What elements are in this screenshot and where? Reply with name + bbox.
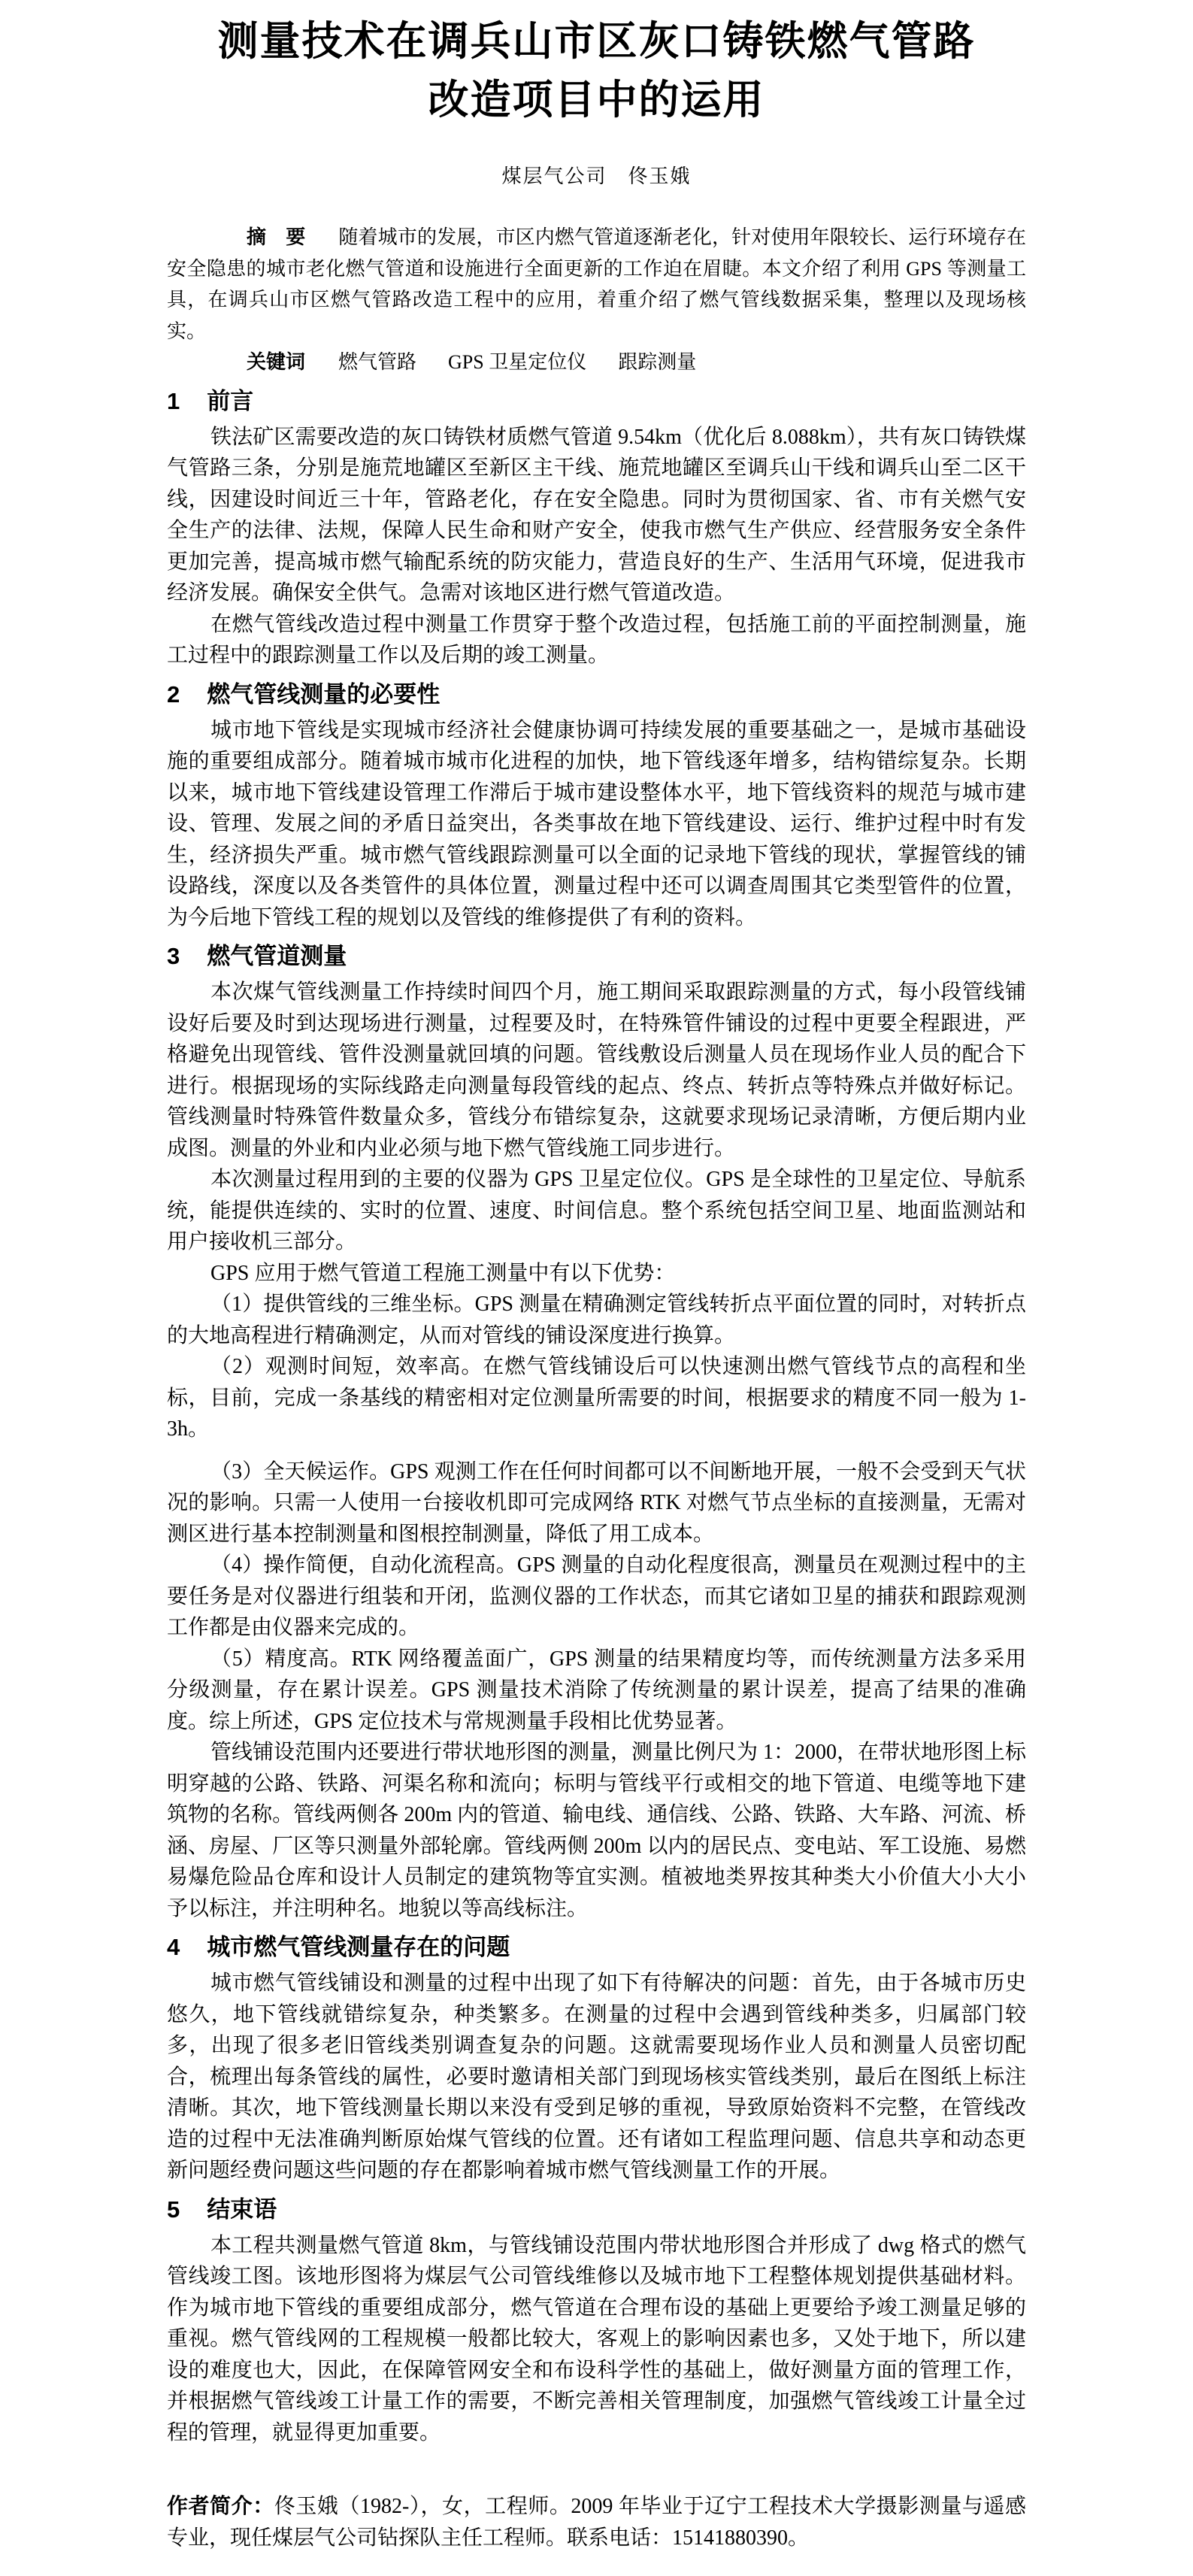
paragraph: 铁法矿区需要改造的灰口铸铁材质燃气管道 9.54km（优化后 8.088km），… xyxy=(167,422,1026,609)
paragraph: 本次测量过程用到的主要的仪器为 GPS 卫星定位仪。GPS 是全球性的卫星定位、… xyxy=(167,1164,1026,1258)
section-title: 燃气管道测量 xyxy=(207,943,347,969)
section-title: 城市燃气管线测量存在的问题 xyxy=(207,1934,510,1960)
paragraph: 城市地下管线是实现城市经济社会健康协调可持续发展的重要基础之一，是城市基础设施的… xyxy=(167,715,1026,934)
section-3: 3燃气管道测量 本次煤气管线测量工作持续时间四个月，施工期间采取跟踪测量的方式，… xyxy=(167,940,1026,1924)
paragraph-advantage-3: （3）全天候运作。GPS 观测工作在任何时间都可以不间断地开展，一般不会受到天气… xyxy=(167,1456,1026,1550)
section-1: 1前言 铁法矿区需要改造的灰口铸铁材质燃气管道 9.54km（优化后 8.088… xyxy=(167,385,1026,671)
author-affiliation-line: 煤层气公司 佟玉娥 xyxy=(167,161,1026,189)
section-heading: 2燃气管线测量的必要性 xyxy=(167,678,1026,711)
section-heading: 5结束语 xyxy=(167,2193,1026,2226)
section-4: 4城市燃气管线测量存在的问题 城市燃气管线铺设和测量的过程中出现了如下有待解决的… xyxy=(167,1931,1026,2187)
paragraph: 本次煤气管线测量工作持续时间四个月，施工期间采取跟踪测量的方式，每小段管线铺设好… xyxy=(167,977,1026,1164)
author-bio-label: 作者简介： xyxy=(167,2494,274,2517)
section-heading: 1前言 xyxy=(167,385,1026,418)
paragraph: 管线铺设范围内还要进行带状地形图的测量，测量比例尺为 1：2000，在带状地形图… xyxy=(167,1737,1026,1924)
section-5: 5结束语 本工程共测量燃气管道 8km，与管线铺设范围内带状地形图合并形成了 d… xyxy=(167,2193,1026,2449)
section-title: 结束语 xyxy=(207,2196,277,2223)
section-number: 3 xyxy=(167,940,180,973)
section-heading: 4城市燃气管线测量存在的问题 xyxy=(167,1931,1026,1964)
section-title: 燃气管线测量的必要性 xyxy=(207,681,440,708)
paragraph: 在燃气管线改造过程中测量工作贯穿于整个改造过程，包括施工前的平面控制测量，施工过… xyxy=(167,609,1026,671)
keywords-line: 关键词燃气管路GPS 卫星定位仪跟踪测量 xyxy=(167,347,1026,378)
paragraph-advantage-4: （4）操作简便，自动化流程高。GPS 测量的自动化程度很高，测量员在观测过程中的… xyxy=(167,1550,1026,1644)
paragraph-advantage-1: （1）提供管线的三维坐标。GPS 测量在精确测定管线转折点平面位置的同时，对转折… xyxy=(167,1289,1026,1351)
section-number: 2 xyxy=(167,678,180,711)
abstract-paragraph: 摘 要随着城市的发展，市区内燃气管道逐渐老化，针对使用年限较长、运行环境存在安全… xyxy=(167,222,1026,347)
abstract-label: 摘 要 xyxy=(247,226,305,248)
paragraph-advantage-5: （5）精度高。RTK 网络覆盖面广，GPS 测量的结果精度均等，而传统测量方法多… xyxy=(167,1644,1026,1738)
section-number: 4 xyxy=(167,1931,180,1964)
paragraph: GPS 应用于燃气管道工程施工测量中有以下优势： xyxy=(167,1258,1026,1290)
section-heading: 3燃气管道测量 xyxy=(167,940,1026,973)
document-page: 测量技术在调兵山市区灰口铸铁燃气管路 改造项目中的运用 煤层气公司 佟玉娥 摘 … xyxy=(0,0,1193,2576)
author-bio-text: 佟玉娥（1982-），女，工程师。2009 年毕业于辽宁工程技术大学摄影测量与遥… xyxy=(167,2495,1026,2550)
keyword: 跟踪测量 xyxy=(618,351,696,373)
section-number: 5 xyxy=(167,2193,180,2226)
page-title-line1: 测量技术在调兵山市区灰口铸铁燃气管路 xyxy=(167,12,1026,71)
section-title: 前言 xyxy=(207,388,253,414)
keyword: 燃气管路 xyxy=(338,351,416,373)
author-bio: 作者简介：佟玉娥（1982-），女，工程师。2009 年毕业于辽宁工程技术大学摄… xyxy=(167,2490,1026,2553)
paragraph: 本工程共测量燃气管道 8km，与管线铺设范围内带状地形图合并形成了 dwg 格式… xyxy=(167,2230,1026,2449)
page-title: 测量技术在调兵山市区灰口铸铁燃气管路 改造项目中的运用 xyxy=(167,12,1026,129)
paragraph: 城市燃气管线铺设和测量的过程中出现了如下有待解决的问题：首先，由于各城市历史悠久… xyxy=(167,1968,1026,2187)
keywords-label: 关键词 xyxy=(247,350,305,373)
section-2: 2燃气管线测量的必要性 城市地下管线是实现城市经济社会健康协调可持续发展的重要基… xyxy=(167,678,1026,934)
keyword: GPS 卫星定位仪 xyxy=(448,351,586,373)
page-title-line2: 改造项目中的运用 xyxy=(167,71,1026,129)
paragraph-advantage-2: （2）观测时间短，效率高。在燃气管线铺设后可以快速测出燃气管线节点的高程和坐标，… xyxy=(167,1351,1026,1445)
section-number: 1 xyxy=(167,385,180,418)
